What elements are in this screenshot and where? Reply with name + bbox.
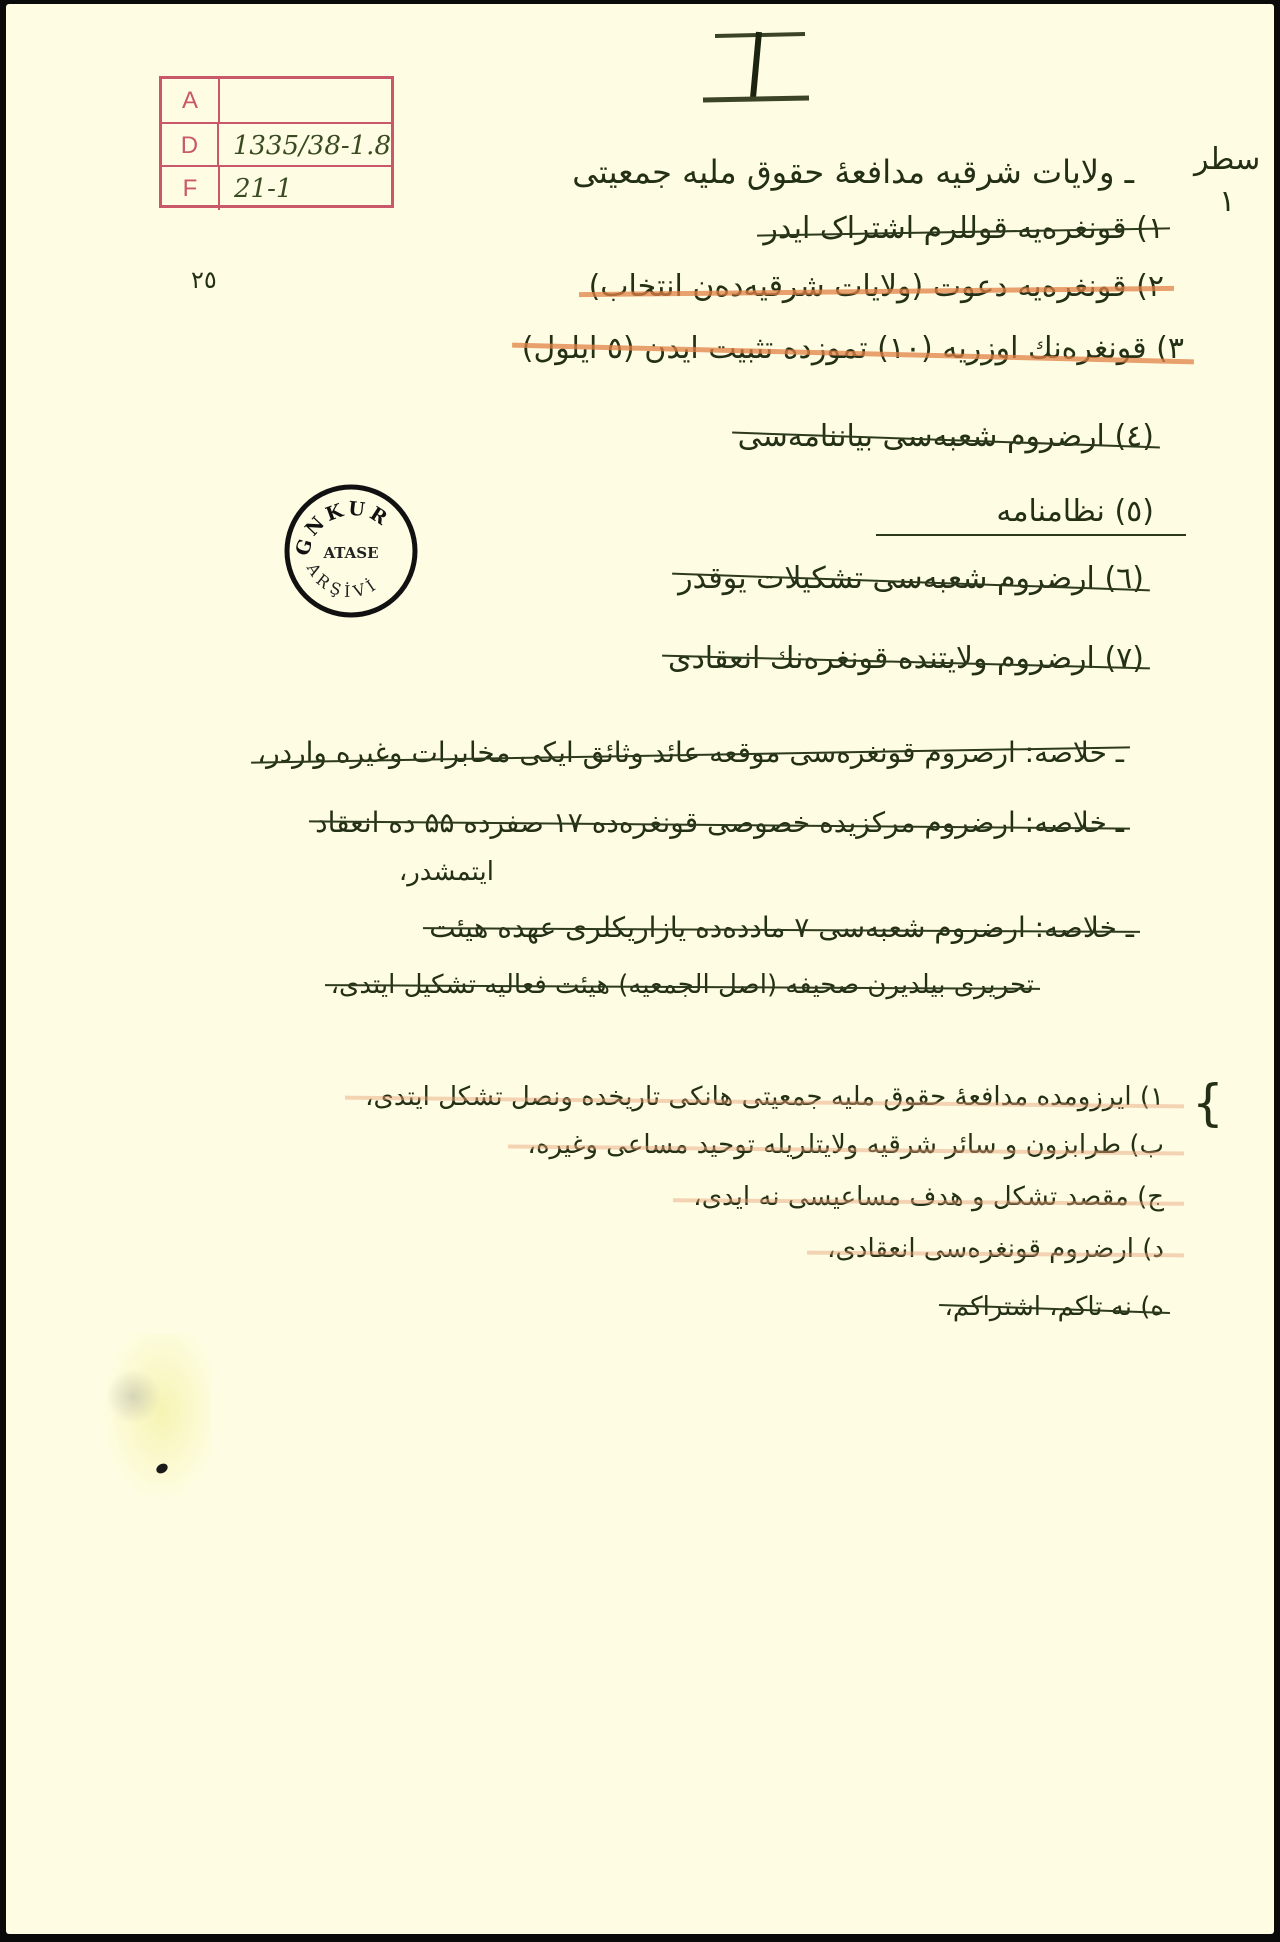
archive-row-f: F 21-1 <box>162 165 391 210</box>
dash-item-1: ـ خلاصه: ارضروم قونغره‌سی موقعه عائد وثا… <box>257 739 1124 767</box>
dash-item-3-continuation: تحریری بیلدیرن صحیفه (اصل الجمعیه) هیئت … <box>331 972 1034 998</box>
item-number: ١) <box>1140 1082 1164 1112</box>
item-number: (٧) <box>1104 641 1144 676</box>
document-page: A D 1335/38-1.8 F 21-1 GNKUR ATASE ARŞİV… <box>6 4 1274 1934</box>
item-number: ٣) <box>1156 331 1184 366</box>
item-text: قونغره‌یه قوللرم اشتراک ایدر <box>763 211 1126 246</box>
margin-note-label: سطر <box>1194 139 1260 181</box>
numbered-item-4: (٤) ارضروم شعبه‌سی بیاننامه‌سی <box>738 422 1154 452</box>
archive-row-value <box>220 79 391 122</box>
item-5-underline <box>876 534 1186 536</box>
summary-item-4: د) ارضروم قونغره‌سی انعقادی، <box>827 1236 1164 1262</box>
summary-item-5: ه) نه تاکم، اشتراکم، <box>945 1294 1164 1320</box>
numbered-item-3-note: ٢٥ <box>191 266 217 294</box>
item-text: طرابزون و سائر شرقیه ولایتلریله توحید مس… <box>528 1130 1122 1160</box>
archive-row-value: 21-1 <box>220 167 391 210</box>
numbered-item-3: ٣) قونغره‌نك اوزریه (١٠) تموزده تثبیت ای… <box>522 334 1184 364</box>
item-number: ٢) <box>1136 269 1164 304</box>
numbered-item-6: (٦) ارضروم شعبه‌سی تشکیلات یوقدر <box>678 564 1144 594</box>
item-number: د) <box>1142 1234 1164 1264</box>
item-text: نظامنامه <box>996 494 1105 529</box>
document-heading: ـ ولایات شرقیه مدافعهٔ حقوق ملیه جمعیتی <box>572 156 1134 188</box>
item-number: ج) <box>1137 1182 1164 1212</box>
svg-text:ARŞİVİ: ARŞİVİ <box>302 559 382 602</box>
archive-reference-stamp: A D 1335/38-1.8 F 21-1 <box>159 76 394 208</box>
item-number: ١) <box>1136 211 1164 246</box>
archive-row-value: 1335/38-1.8 <box>219 124 391 167</box>
dash-item-2-continuation: ایتمشدر، <box>399 859 494 885</box>
item-number: ه) <box>1140 1292 1164 1322</box>
archive-seal: GNKUR ATASE ARŞİVİ <box>281 481 421 621</box>
numbered-item-2: ٢) قونغره‌یه دعوت (ولایات شرقیه‌ده‌ن انت… <box>589 272 1164 302</box>
item-text: ارضروم شعبه‌سی تشکیلات یوقدر <box>678 561 1095 596</box>
margin-note-number: ١ <box>1194 181 1260 223</box>
dash-item-2: ـ خلاصه: ارضروم مرکزیده خصوصی قونغره‌ده … <box>315 809 1124 837</box>
item-text: ارضروم ولایتنده قونغره‌نك انعقادی <box>668 641 1095 676</box>
margin-note: سطر ١ <box>1194 139 1260 223</box>
numbered-item-7: (٧) ارضروم ولایتنده قونغره‌نك انعقادی <box>668 644 1144 674</box>
numbered-item-1: ١) قونغره‌یه قوللرم اشتراک ایدر <box>763 214 1164 244</box>
item-text: ایرزومده مدافعهٔ حقوق ملیه جمعیتی هانکی … <box>365 1082 1131 1112</box>
item-text: مقصد تشکل و هدف مساعیسی نه ایدی، <box>693 1182 1129 1212</box>
item-text: ارضروم شعبه‌سی بیاننامه‌سی <box>738 419 1105 454</box>
summary-item-1: ١) ایرزومده مدافعهٔ حقوق ملیه جمعیتی هان… <box>365 1084 1164 1110</box>
seal-bottom-text: ARŞİVİ <box>302 559 382 602</box>
item-number: (٥) <box>1114 494 1154 529</box>
item-text: قونغره‌یه دعوت (ولایات شرقیه‌ده‌ن انتخاب… <box>589 269 1127 304</box>
item-text: نه تاکم، اشتراکم، <box>945 1292 1132 1322</box>
archive-row-letter: F <box>162 167 220 210</box>
numbered-item-5: (٥) نظامنامه <box>996 497 1154 527</box>
item-number: (٤) <box>1114 419 1154 454</box>
archive-row-letter: D <box>162 124 219 167</box>
summary-item-2: ب) طرابزون و سائر شرقیه ولایتلریله توحید… <box>528 1132 1164 1158</box>
summary-item-3: ج) مقصد تشکل و هدف مساعیسی نه ایدی، <box>693 1184 1164 1210</box>
paper-stain-grey <box>106 1369 161 1424</box>
archive-row-d: D 1335/38-1.8 <box>162 122 391 167</box>
dash-item-3: ـ خلاصه: ارضروم شعبه‌سی ٧ مادده‌ده یازار… <box>429 914 1134 942</box>
group-brace: { <box>1192 1074 1224 1132</box>
item-number: (٦) <box>1104 561 1144 596</box>
item-number: ب) <box>1129 1130 1164 1160</box>
archive-row-a: A <box>162 79 391 122</box>
page-marker-roman-numeral <box>701 24 811 104</box>
archive-row-letter: A <box>162 79 220 122</box>
item-text: ارضروم قونغره‌سی انعقادی، <box>827 1234 1134 1264</box>
seal-middle-text: ATASE <box>322 544 378 562</box>
item-text: قونغره‌نك اوزریه (١٠) تموزده تثبیت ایدن … <box>522 331 1147 366</box>
